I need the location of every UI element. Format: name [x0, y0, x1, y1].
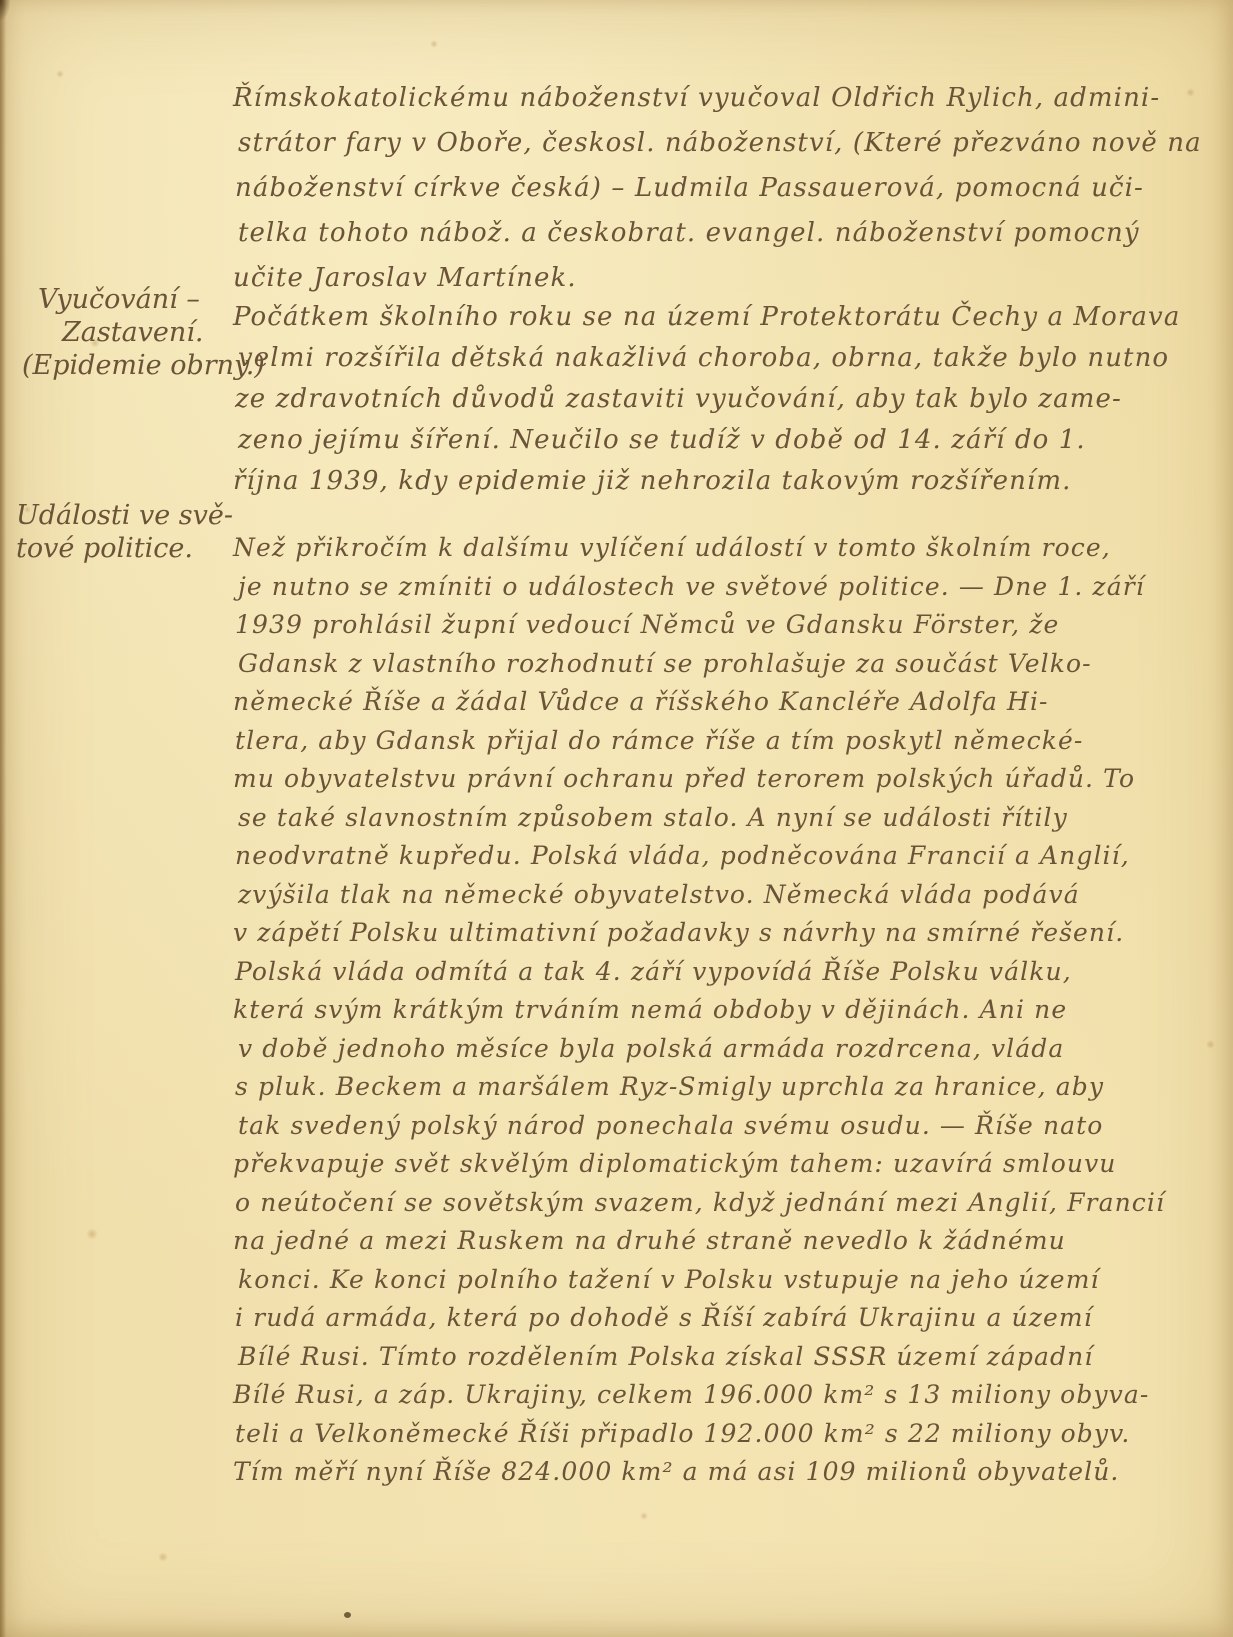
text-line: tlera, aby Gdansk přijal do rámce říše a… [235, 722, 1165, 761]
paragraph-world-events: Než přikročím k dalšímu vylíčení událost… [233, 529, 1165, 1492]
paper-spot [56, 70, 64, 78]
page-left-edge [0, 0, 6, 1637]
margin-note-line: Vyučování – [22, 283, 265, 316]
text-line: i rudá armáda, která po dohodě s Říší za… [235, 1299, 1165, 1338]
text-line: 1939 prohlásil župní vedoucí Němců ve Gd… [235, 606, 1165, 645]
chronicle-page: Vyučování – Zastavení. (Epidemie obrny.)… [0, 0, 1233, 1637]
text-line: strátor fary v Oboře, českosl. náboženst… [238, 121, 1202, 166]
text-line: Bílé Rusi, a záp. Ukrajiny, celkem 196.0… [233, 1376, 1165, 1415]
text-line: Bílé Rusi. Tímto rozdělením Polska získa… [238, 1338, 1165, 1377]
text-line: ze zdravotních důvodů zastaviti vyučován… [235, 379, 1180, 420]
text-line: Tím měří nyní Říše 824.000 km² a má asi … [233, 1453, 1165, 1492]
text-line: října 1939, kdy epidemie již nehrozila t… [233, 461, 1180, 502]
paper-spot [1206, 1040, 1215, 1049]
page-corner-mark [0, 0, 10, 20]
text-line: německé Říše a žádal Vůdce a říšského Ka… [233, 683, 1165, 722]
text-line: která svým krátkým trváním nemá obdoby v… [233, 991, 1165, 1030]
text-line: náboženství církve česká) – Ludmila Pass… [235, 166, 1202, 211]
text-line: o neútočení se sovětským svazem, když je… [235, 1184, 1165, 1223]
text-line: zeno jejímu šíření. Neučilo se tudíž v d… [238, 420, 1180, 461]
text-line: překvapuje svět skvělým diplomatickým ta… [233, 1145, 1165, 1184]
text-line: Počátkem školního roku se na území Prote… [233, 297, 1180, 338]
paper-spot [86, 1228, 98, 1240]
ink-speck [344, 1612, 351, 1618]
text-line: teli a Velkoněmecké Říši připadlo 192.00… [235, 1415, 1165, 1454]
margin-note-line: Zastavení. [22, 316, 265, 349]
paper-spot [158, 1552, 168, 1562]
margin-note-world-politics: Události ve svě- tové politice. [16, 499, 233, 565]
text-line: tak svedený polský národ ponechala svému… [238, 1107, 1165, 1146]
paragraph-polio-epidemic: Počátkem školního roku se na území Prote… [233, 297, 1180, 502]
text-line: se také slavnostním způsobem stalo. A ny… [238, 799, 1165, 838]
text-line: s pluk. Beckem a maršálem Ryz-Smigly upr… [235, 1068, 1165, 1107]
paper-spot [430, 40, 438, 48]
text-line: na jedné a mezi Ruskem na druhé straně n… [233, 1222, 1165, 1261]
margin-note-teaching-suspension: Vyučování – Zastavení. (Epidemie obrny.) [22, 283, 265, 382]
paper-spot [640, 1512, 648, 1520]
text-line: konci. Ke konci polního tažení v Polsku … [238, 1261, 1165, 1300]
text-line: mu obyvatelstvu právní ochranu před tero… [233, 760, 1165, 799]
text-line: v době jednoho měsíce byla polská armáda… [238, 1030, 1165, 1069]
text-line: neodvratně kupředu. Polská vláda, podněc… [235, 837, 1165, 876]
text-line: velmi rozšířila dětská nakažlivá choroba… [238, 338, 1180, 379]
text-line: v zápětí Polsku ultimativní požadavky s … [233, 914, 1165, 953]
text-line: zvýšila tlak na německé obyvatelstvo. Ně… [238, 876, 1165, 915]
paragraph-religion-teachers: Římskokatolickému náboženství vyučoval O… [233, 76, 1202, 301]
margin-note-line: Události ve svě- [16, 499, 233, 532]
text-line: Než přikročím k dalšímu vylíčení událost… [233, 529, 1165, 568]
text-line: učite Jaroslav Martínek. [233, 256, 1202, 301]
text-line: je nutno se zmíniti o událostech ve svět… [238, 568, 1165, 607]
margin-note-line: tové politice. [16, 532, 233, 565]
text-line: Gdansk z vlastního rozhodnutí se prohlaš… [238, 645, 1165, 684]
text-line: telka tohoto nábož. a českobrat. evangel… [238, 211, 1202, 256]
margin-note-line: (Epidemie obrny.) [22, 349, 265, 382]
text-line: Římskokatolickému náboženství vyučoval O… [233, 76, 1202, 121]
text-line: Polská vláda odmítá a tak 4. září vypoví… [235, 953, 1165, 992]
